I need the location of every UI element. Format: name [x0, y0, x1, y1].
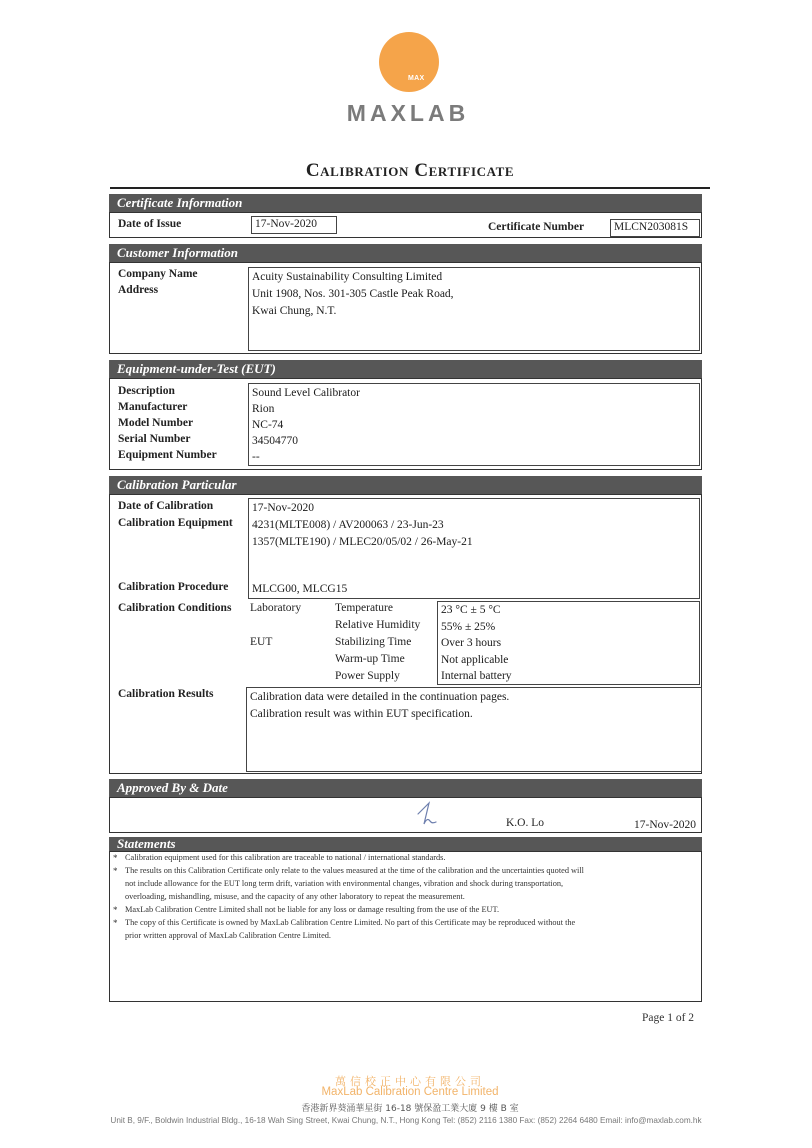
statement-line: prior written approval of MaxLab Calibra…: [125, 931, 331, 940]
eut-label: Equipment Number: [118, 449, 217, 461]
certificate-number-value: MLCN203081S: [614, 221, 688, 233]
calibration-procedure-label: Calibration Procedure: [118, 581, 228, 593]
address-line-2: Kwai Chung, N.T.: [252, 303, 336, 319]
customer-details-field: Acuity Sustainability Consulting Limited…: [248, 267, 700, 351]
eut-label: Serial Number: [118, 433, 191, 445]
eut-value: --: [252, 449, 260, 465]
condition-value: Not applicable: [441, 652, 508, 668]
calibration-procedure-value: MLCG00, MLCG15: [252, 581, 347, 597]
condition-value: 55% ± 25%: [441, 619, 495, 635]
date-of-issue-label: Date of Issue: [118, 218, 181, 230]
section-header-eut: Equipment-under-Test (EUT): [109, 360, 702, 378]
statement-bullet: *: [113, 866, 118, 876]
approval-date: 17-Nov-2020: [634, 819, 696, 831]
eut-value: Sound Level Calibrator: [252, 385, 360, 401]
conditions-group-eut: EUT: [250, 636, 272, 648]
title-rule: [110, 187, 710, 189]
statement-line: The copy of this Certificate is owned by…: [125, 918, 575, 927]
section-header-certificate-information: Certificate Information: [109, 194, 702, 212]
calibration-equipment-line-1: 4231(MLTE008) / AV200063 / 23-Jun-23: [252, 517, 444, 533]
logo-wordmark: MAXLAB: [318, 100, 498, 127]
section-header-statements: Statements: [109, 837, 702, 851]
statement-line: MaxLab Calibration Centre Limited shall …: [125, 905, 499, 914]
eut-label: Description: [118, 385, 175, 397]
date-of-issue-value: 17-Nov-2020: [255, 218, 317, 230]
statement-line: Calibration equipment used for this cali…: [125, 853, 445, 862]
statement-bullet: *: [113, 905, 118, 915]
eut-value: NC-74: [252, 417, 283, 433]
calibration-equipment-label: Calibration Equipment: [118, 517, 233, 529]
condition-value: Over 3 hours: [441, 635, 501, 651]
company-name-label: Company Name: [118, 268, 198, 280]
certificate-number-label: Certificate Number: [488, 221, 584, 233]
footer-address-english: Unit B, 9/F., Boldwin Industrial Bldg., …: [0, 1116, 812, 1125]
calibration-results-field: Calibration data were detailed in the co…: [246, 687, 702, 772]
date-of-calibration-value: 17-Nov-2020: [252, 500, 314, 516]
calibration-details-field: 17-Nov-2020 4231(MLTE008) / AV200063 / 2…: [248, 498, 700, 599]
condition-parameter: Temperature: [335, 602, 393, 614]
condition-parameter: Relative Humidity: [335, 619, 420, 631]
address-line-1: Unit 1908, Nos. 301-305 Castle Peak Road…: [252, 286, 454, 302]
conditions-values-field: 23 °C ± 5 °C55% ± 25%Over 3 hoursNot app…: [437, 601, 700, 685]
statement-bullet: *: [113, 918, 118, 928]
company-name-value: Acuity Sustainability Consulting Limited: [252, 269, 442, 285]
results-line-2: Calibration result was within EUT specif…: [250, 706, 473, 722]
results-line-1: Calibration data were detailed in the co…: [250, 689, 509, 705]
statement-bullet: *: [113, 853, 118, 863]
date-of-issue-field: 17-Nov-2020: [251, 216, 337, 234]
eut-value: 34504770: [252, 433, 298, 449]
footer-company-english: MaxLab Calibration Centre Limited: [250, 1086, 570, 1098]
section-header-approval: Approved By & Date: [109, 779, 702, 797]
approver-name: K.O. Lo: [506, 817, 544, 829]
calibration-equipment-line-2: 1357(MLTE190) / MLEC20/05/02 / 26-May-21: [252, 534, 473, 550]
date-of-calibration-label: Date of Calibration: [118, 500, 213, 512]
eut-label: Manufacturer: [118, 401, 187, 413]
section-header-calibration-particular: Calibration Particular: [109, 476, 702, 494]
certificate-number-field: MLCN203081S: [610, 219, 700, 237]
logo-circle: [379, 32, 439, 92]
statement-line: overloading, mishandling, misuse, and th…: [125, 892, 465, 901]
calibration-conditions-label: Calibration Conditions: [118, 602, 231, 614]
section-header-customer-information: Customer Information: [109, 244, 702, 262]
condition-value: 23 °C ± 5 °C: [441, 602, 501, 618]
footer-address-chinese: 香港新界葵涌華星街 16-18 號保盈工業大廈 9 樓 B 室: [200, 1101, 620, 1114]
approval-box: [109, 797, 702, 833]
conditions-group-laboratory: Laboratory: [250, 602, 301, 614]
statement-line: not include allowance for the EUT long t…: [125, 879, 563, 888]
condition-parameter: Warm-up Time: [335, 653, 405, 665]
condition-parameter: Stabilizing Time: [335, 636, 411, 648]
eut-label: Model Number: [118, 417, 193, 429]
eut-values-field: Sound Level CalibratorRionNC-7434504770-…: [248, 383, 700, 466]
eut-value: Rion: [252, 401, 274, 417]
address-label: Address: [118, 284, 158, 296]
document-title: Calibration Certificate: [110, 160, 710, 182]
condition-parameter: Power Supply: [335, 670, 400, 682]
logo-circle-text: MAX: [408, 75, 424, 82]
calibration-results-label: Calibration Results: [118, 688, 214, 700]
page-number: Page 1 of 2: [642, 1012, 694, 1024]
condition-value: Internal battery: [441, 668, 512, 684]
signature-icon: [415, 800, 445, 830]
statement-line: The results on this Calibration Certific…: [125, 866, 584, 875]
